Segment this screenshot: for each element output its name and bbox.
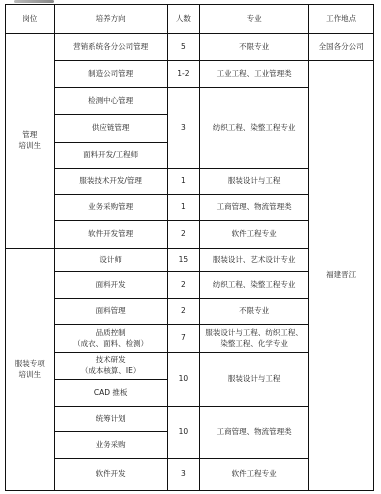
count-cell: 2 bbox=[167, 272, 199, 299]
direction-cell: 软件开发 bbox=[54, 459, 167, 491]
recruitment-table: 岗位 培养方向 人数 专业 工作地点 管理 培训生 营销系统各分公司管理 5 不… bbox=[5, 4, 374, 491]
position-cell: 服装专项 培训生 bbox=[6, 249, 55, 491]
count-cell: 5 bbox=[167, 34, 199, 61]
decorative-bar bbox=[14, 0, 54, 3]
count-cell: 15 bbox=[167, 249, 199, 272]
table-row: 管理 培训生 营销系统各分公司管理 5 不限专业 全国各分公司 bbox=[6, 34, 374, 61]
direction-cell: 检测中心管理 bbox=[54, 88, 167, 115]
location-cell: 全国各分公司 bbox=[309, 34, 374, 61]
major-cell: 软件工程专业 bbox=[200, 221, 309, 249]
direction-cell: 面料开发 bbox=[54, 272, 167, 299]
major-cell: 不限专业 bbox=[200, 34, 309, 61]
header-row: 岗位 培养方向 人数 专业 工作地点 bbox=[6, 5, 374, 34]
direction-cell: 业务采购 bbox=[54, 432, 167, 459]
header-position: 岗位 bbox=[6, 5, 55, 34]
count-cell: 2 bbox=[167, 221, 199, 249]
count-cell: 1 bbox=[167, 195, 199, 221]
count-cell: 1 bbox=[167, 169, 199, 195]
direction-cell: 软件开发管理 bbox=[54, 221, 167, 249]
major-cell: 工业工程、工业管理类 bbox=[200, 61, 309, 88]
direction-cell: 营销系统各分公司管理 bbox=[54, 34, 167, 61]
direction-cell: 技术研发 （成本核算、IE） bbox=[54, 353, 167, 380]
direction-cell: 统筹计划 bbox=[54, 407, 167, 432]
major-cell: 纺织工程、染整工程专业 bbox=[200, 272, 309, 299]
table-row: 制造公司管理 1-2 工业工程、工业管理类 福建晋江 bbox=[6, 61, 374, 88]
major-cell: 服装设计与工程、纺织工程、 染整工程、化学专业 bbox=[200, 325, 309, 353]
major-cell: 纺织工程、染整工程专业 bbox=[200, 88, 309, 169]
direction-cell: 服装技术开发/管理 bbox=[54, 169, 167, 195]
direction-cell: 设计师 bbox=[54, 249, 167, 272]
header-count: 人数 bbox=[167, 5, 199, 34]
major-cell: 服装设计与工程 bbox=[200, 353, 309, 407]
count-cell: 1-2 bbox=[167, 61, 199, 88]
major-cell: 不限专业 bbox=[200, 299, 309, 325]
location-cell: 福建晋江 bbox=[309, 61, 374, 491]
direction-cell: 业务采购管理 bbox=[54, 195, 167, 221]
count-cell: 3 bbox=[167, 88, 199, 169]
count-cell: 10 bbox=[167, 353, 199, 407]
count-cell: 10 bbox=[167, 407, 199, 459]
direction-cell: 制造公司管理 bbox=[54, 61, 167, 88]
major-cell: 软件工程专业 bbox=[200, 459, 309, 491]
header-direction: 培养方向 bbox=[54, 5, 167, 34]
count-cell: 7 bbox=[167, 325, 199, 353]
major-cell: 服装设计、艺术设计专业 bbox=[200, 249, 309, 272]
header-location: 工作地点 bbox=[309, 5, 374, 34]
direction-cell: CAD 推板 bbox=[54, 380, 167, 407]
direction-cell: 面料管理 bbox=[54, 299, 167, 325]
header-major: 专业 bbox=[200, 5, 309, 34]
major-cell: 服装设计与工程 bbox=[200, 169, 309, 195]
direction-cell: 面料开发/工程师 bbox=[54, 143, 167, 169]
direction-cell: 品质控制 （成衣、面料、检测） bbox=[54, 325, 167, 353]
position-cell: 管理 培训生 bbox=[6, 34, 55, 249]
direction-cell: 供应链管理 bbox=[54, 115, 167, 143]
count-cell: 2 bbox=[167, 299, 199, 325]
major-cell: 工商管理、物流管理类 bbox=[200, 407, 309, 459]
count-cell: 3 bbox=[167, 459, 199, 491]
major-cell: 工商管理、物流管理类 bbox=[200, 195, 309, 221]
